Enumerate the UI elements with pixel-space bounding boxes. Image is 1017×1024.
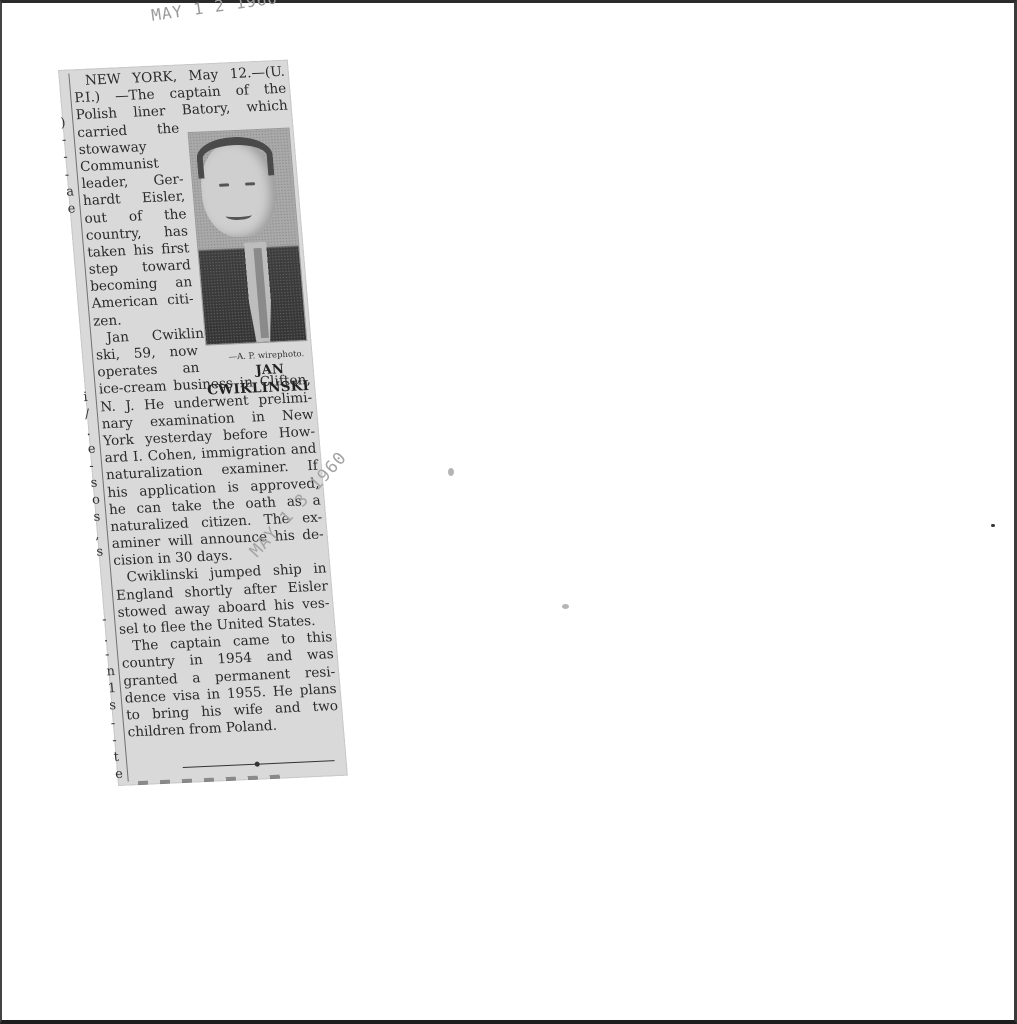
gutter-fragment: / xyxy=(84,406,95,424)
scan-speck xyxy=(991,524,995,527)
gutter-fragment xyxy=(70,234,81,252)
gutter-fragment xyxy=(78,337,89,355)
gutter-fragment: a xyxy=(66,183,77,201)
gutter-fragment: o xyxy=(91,492,102,510)
gutter-fragment xyxy=(80,354,91,372)
gutter-fragment xyxy=(81,372,92,390)
gutter-fragment: n xyxy=(106,663,117,681)
gutter-fragment xyxy=(73,269,84,287)
gutter-fragment: s xyxy=(93,509,104,527)
portrait-eye xyxy=(245,182,255,185)
gutter-fragment xyxy=(100,594,111,612)
photo-caption-first-name: JAN xyxy=(255,362,284,378)
gutter-fragment: e xyxy=(67,200,78,218)
gutter-fragment: - xyxy=(102,612,113,630)
gutter-fragment xyxy=(77,320,88,338)
gutter-fragment: e xyxy=(114,766,125,784)
gutter-fragment: s xyxy=(109,697,120,715)
portrait-eye xyxy=(219,183,229,186)
gutter-fragment: ) xyxy=(60,115,71,133)
gutter-fragment xyxy=(68,217,79,235)
gutter-fragment: - xyxy=(89,457,100,475)
gutter-fragment: . xyxy=(86,423,97,441)
gutter-fragment: t xyxy=(113,749,124,767)
gutter-fragment: - xyxy=(112,732,123,750)
gutter-fragment: s xyxy=(96,543,107,561)
gutter-fragment: - xyxy=(64,166,75,184)
gutter-fragment xyxy=(76,303,87,321)
end-of-article-rule xyxy=(183,760,335,768)
gutter-fragment: - xyxy=(110,714,121,732)
gutter-fragment: - xyxy=(104,646,115,664)
gutter-fragment: e xyxy=(87,440,98,458)
gutter-fragment: . xyxy=(103,629,114,647)
scan-speck xyxy=(448,468,454,476)
gutter-fragment xyxy=(74,286,85,304)
gutter-fragment: 1 xyxy=(107,680,118,698)
gutter-fragment xyxy=(99,577,110,595)
scan-speck xyxy=(562,604,569,609)
gutter-fragment: - xyxy=(63,149,74,167)
gutter-fragment: i xyxy=(83,389,94,407)
gutter-fragment: s xyxy=(90,474,101,492)
gutter-fragment: - xyxy=(61,132,72,150)
gutter-fragment xyxy=(97,560,108,578)
gutter-fragment: , xyxy=(94,526,105,544)
gutter-fragment xyxy=(71,252,82,270)
portrait-photo xyxy=(188,128,308,346)
